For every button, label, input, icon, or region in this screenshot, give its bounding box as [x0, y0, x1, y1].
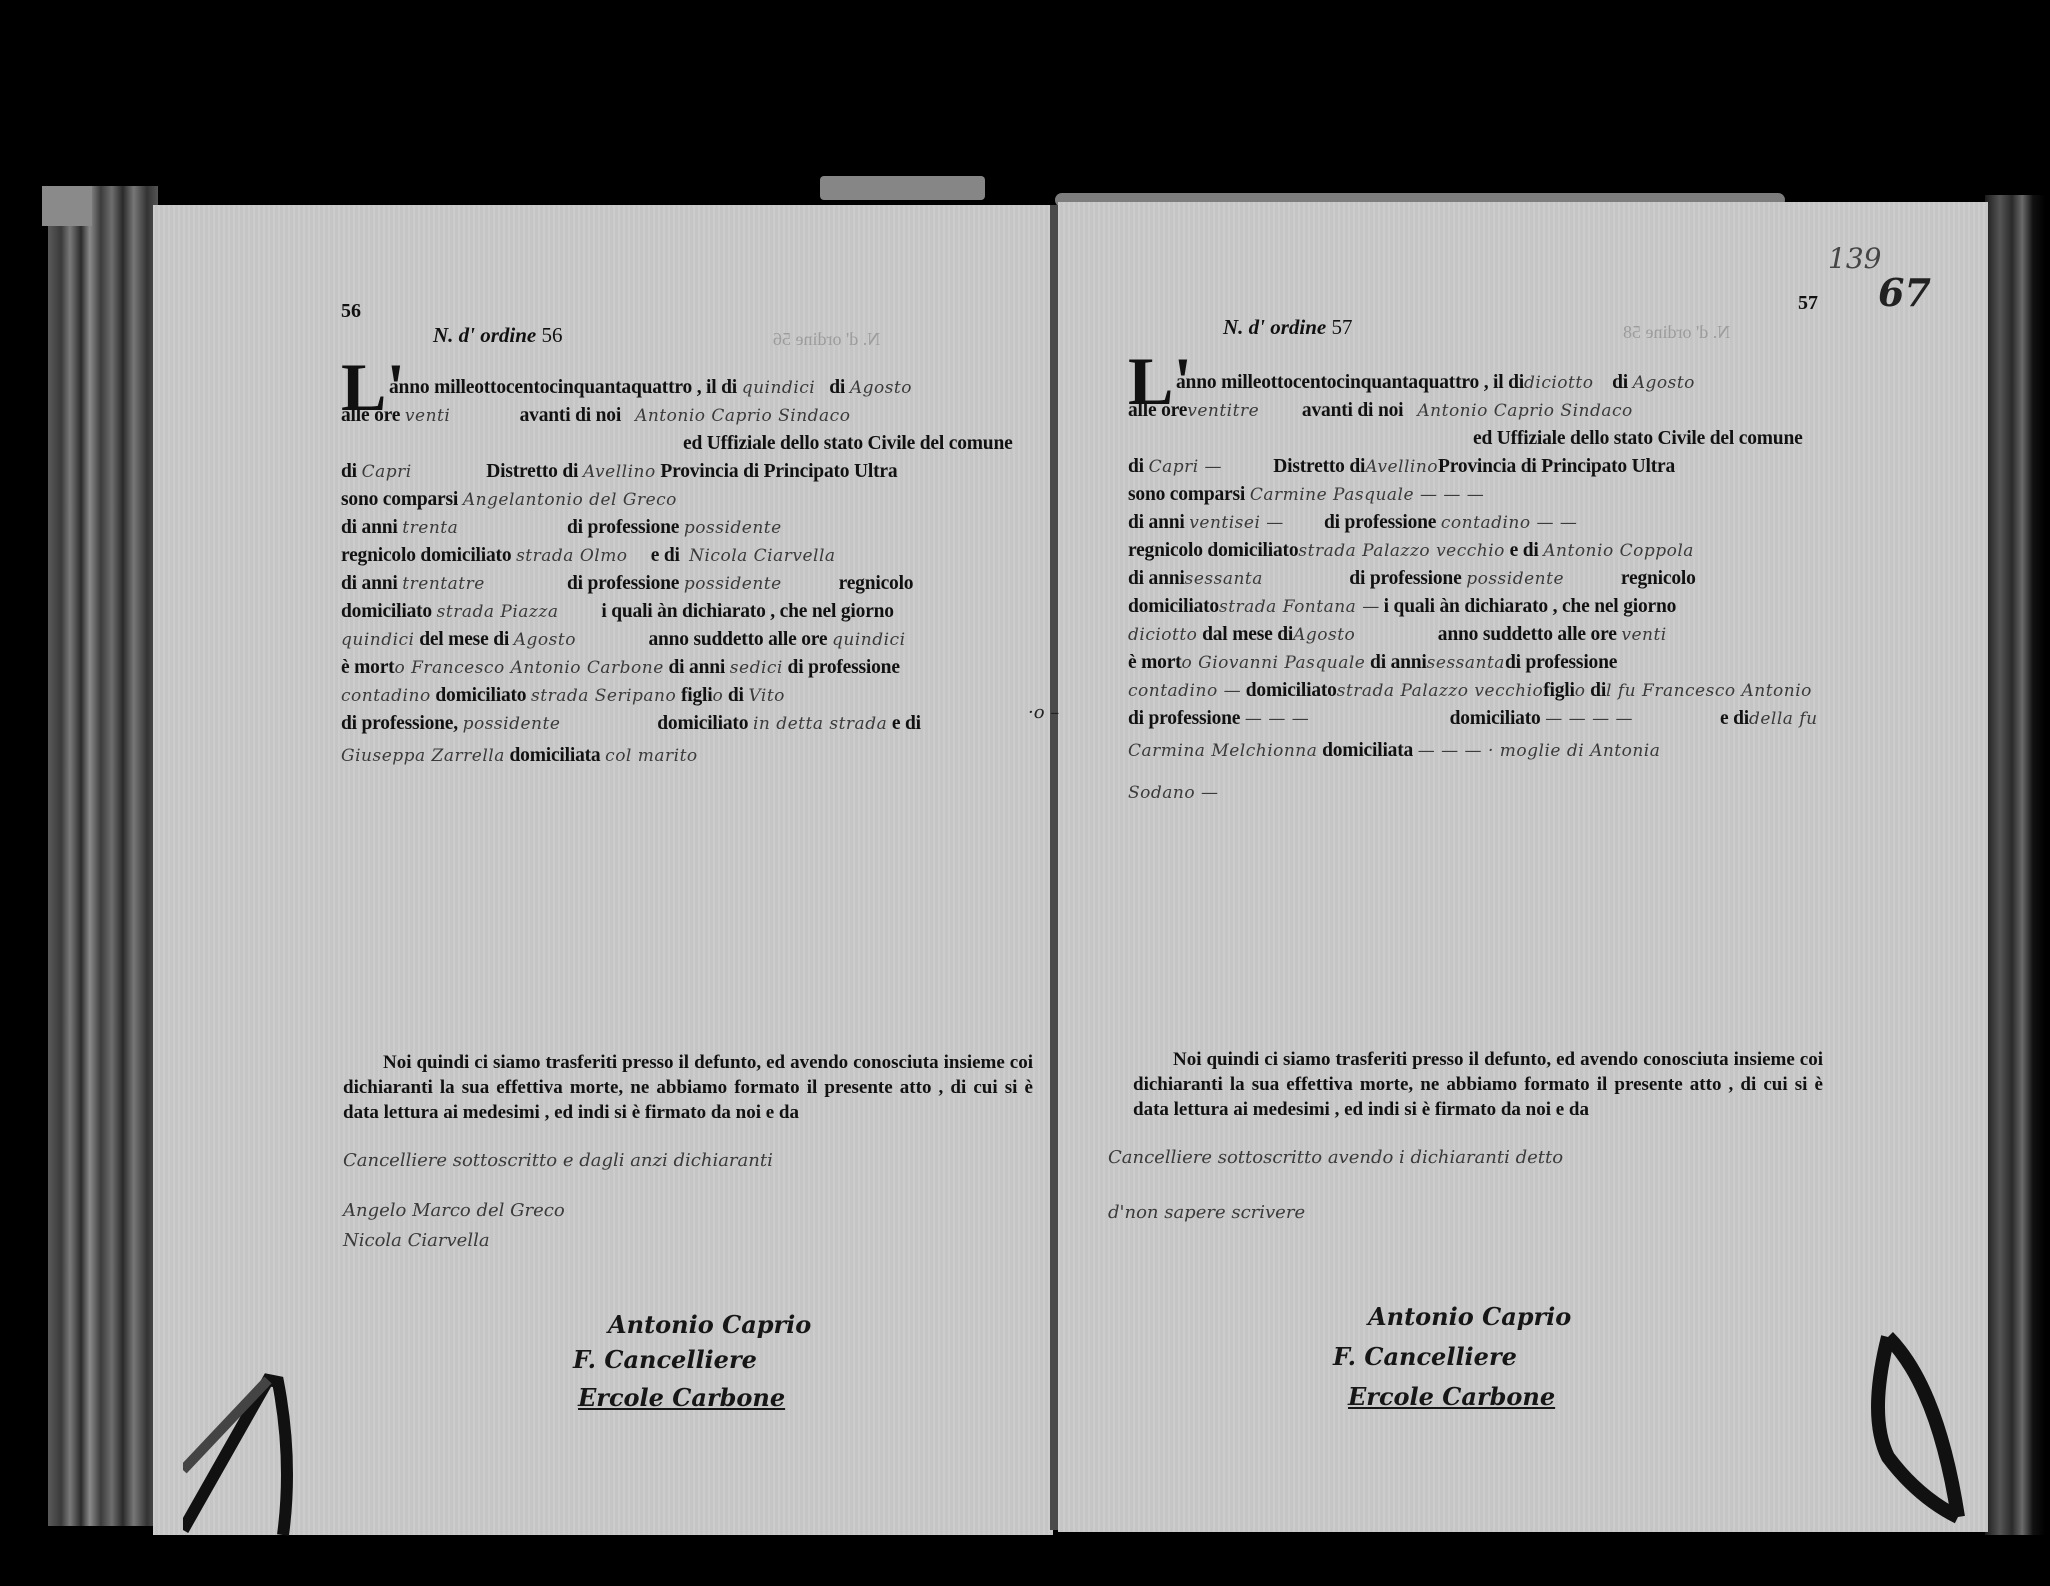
corner-photo-mount — [183, 1370, 303, 1540]
page-number: 56 — [341, 300, 361, 323]
record-line: è morto Francesco Antonio Carbone di ann… — [341, 657, 900, 679]
margin-note: ·o – — [1028, 702, 1059, 723]
record-line: Sodano — — [1128, 782, 1219, 804]
ordine-number: 56 — [542, 323, 563, 347]
record-line: alle oreventitre avanti di noi Antonio C… — [1128, 400, 1633, 422]
closing-handwriting: d'non sapere scrivere — [1108, 1202, 1305, 1223]
right-page: ·o – 57 139 67 N. d' ordine 57 N. d' ord… — [1058, 202, 1988, 1532]
record-line: sono comparsi Carmine Pasquale — — — — [1128, 484, 1484, 506]
page-number: 57 — [1798, 292, 1818, 315]
record-line: di Capri Distretto di Avellino Provincia… — [341, 461, 897, 483]
declarant-signature: Angelo Marco del Greco — [343, 1200, 565, 1221]
record-line: regnicolo domiciliatostrada Palazzo vecc… — [1128, 540, 1694, 562]
closing-handwriting: Cancelliere sottoscritto e dagli anzi di… — [343, 1150, 773, 1171]
record-line: sono comparsi Angelantonio del Greco — [341, 489, 677, 511]
record-line: domiciliatostrada Fontana — i quali àn d… — [1128, 596, 1676, 618]
record-line: di anni ventisei — di professione contad… — [1128, 512, 1577, 534]
folio-mark: 67 — [1878, 270, 1931, 315]
archive-number: 139 — [1828, 242, 1881, 275]
record-line: contadino — domiciliatostrada Palazzo ve… — [1128, 680, 1812, 702]
record-line: ed Uffiziale dello stato Civile del comu… — [1473, 428, 1803, 450]
record-line: di anni trenta di professione possidente — [341, 517, 782, 539]
record-line: di professione, possidente domiciliato i… — [341, 713, 921, 735]
signature-witness: Ercole Carbone — [578, 1383, 785, 1412]
record-line: contadino domiciliato strada Seripano fi… — [341, 685, 785, 707]
corner-photo-mount — [1868, 1327, 1988, 1527]
record-line: diciotto dal mese diAgosto anno suddetto… — [1128, 624, 1667, 646]
ordine-header: N. d' ordine 57 — [1223, 315, 1353, 340]
ordine-number: 57 — [1332, 315, 1353, 339]
book-edge-left — [48, 186, 158, 1526]
book-edge-left-top — [42, 186, 92, 226]
record-line: di annisessanta di professione possident… — [1128, 568, 1696, 590]
signature-mayor: Antonio Caprio — [1368, 1302, 1571, 1331]
left-page: 56 N. d' ordine 56 N. d' ordine 56 L' an… — [153, 205, 1053, 1535]
closing-handwriting: Cancelliere sottoscritto avendo i dichia… — [1108, 1147, 1563, 1168]
book-edge-right — [1985, 195, 2045, 1535]
record-line: di professione — — — domiciliato — — — —… — [1128, 708, 1818, 730]
record-line: alle ore venti avanti di noi Antonio Cap… — [341, 405, 850, 427]
declarant-signature: Nicola Ciarvella — [343, 1230, 490, 1251]
record-line: anno milleottocentocinquantaquattro , il… — [389, 377, 912, 399]
record-line: ed Uffiziale dello stato Civile del comu… — [683, 433, 1013, 455]
record-line: è morto Giovanni Pasquale di annisessant… — [1128, 652, 1617, 674]
record-line: di anni trentatre di professione posside… — [341, 573, 913, 595]
record-line: Giuseppa Zarrella domiciliata col marito — [341, 745, 698, 767]
signature-clerk: F. Cancelliere — [573, 1345, 757, 1374]
record-line: Carmina Melchionna domiciliata — — — · m… — [1128, 740, 1660, 762]
closing-paragraph: Noi quindi ci siamo trasferiti presso il… — [343, 1050, 1033, 1125]
record-line: di Capri — Distretto diAvellinoProvincia… — [1128, 456, 1675, 478]
ghost-header: N. d' ordine 56 — [773, 329, 880, 350]
record-line: anno milleottocentocinquantaquattro , il… — [1176, 372, 1695, 394]
record-line: domiciliato strada Piazza i quali àn dic… — [341, 601, 894, 623]
signature-mayor: Antonio Caprio — [608, 1310, 811, 1339]
closing-paragraph: Noi quindi ci siamo trasferiti presso il… — [1133, 1047, 1823, 1122]
book-edge-top-left — [820, 176, 985, 200]
record-line: quindici del mese di Agosto anno suddett… — [341, 629, 906, 651]
record-line: regnicolo domiciliato strada Olmo e di N… — [341, 545, 836, 567]
ordine-header: N. d' ordine 56 — [433, 323, 563, 348]
signature-clerk: F. Cancelliere — [1333, 1342, 1517, 1371]
ghost-header: N. d' ordine 58 — [1623, 322, 1730, 343]
signature-witness: Ercole Carbone — [1348, 1382, 1555, 1411]
